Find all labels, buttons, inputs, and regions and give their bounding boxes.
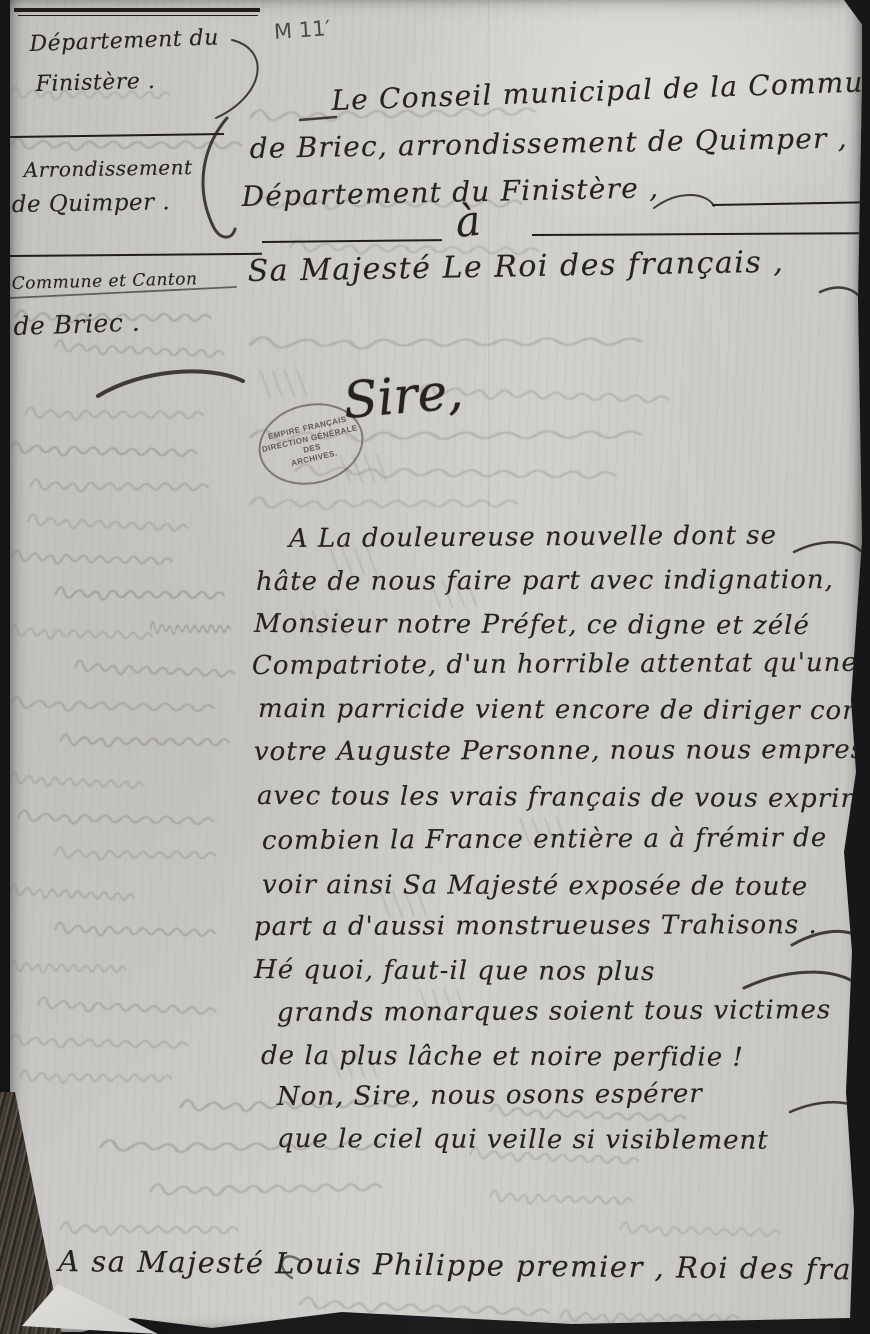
line14-flourish	[790, 1102, 862, 1112]
brace-flourish	[203, 118, 235, 237]
line1-flourish	[794, 542, 862, 552]
paraph-flourish	[216, 40, 258, 118]
dash-before-heading	[300, 117, 336, 120]
addressee-flourish	[820, 288, 862, 304]
ink-flourishes	[10, 0, 862, 1332]
line11-flourish	[744, 972, 862, 990]
heading-flourish	[654, 195, 714, 208]
dash-under-briec	[98, 371, 243, 396]
bottom-curl	[282, 1256, 302, 1278]
strike-commune	[10, 287, 236, 298]
line10-flourish	[792, 931, 862, 947]
paper-sheet: Département du Finistère . Arrondissemen…	[10, 0, 862, 1332]
scanned-document-page: Département du Finistère . Arrondissemen…	[0, 0, 870, 1334]
